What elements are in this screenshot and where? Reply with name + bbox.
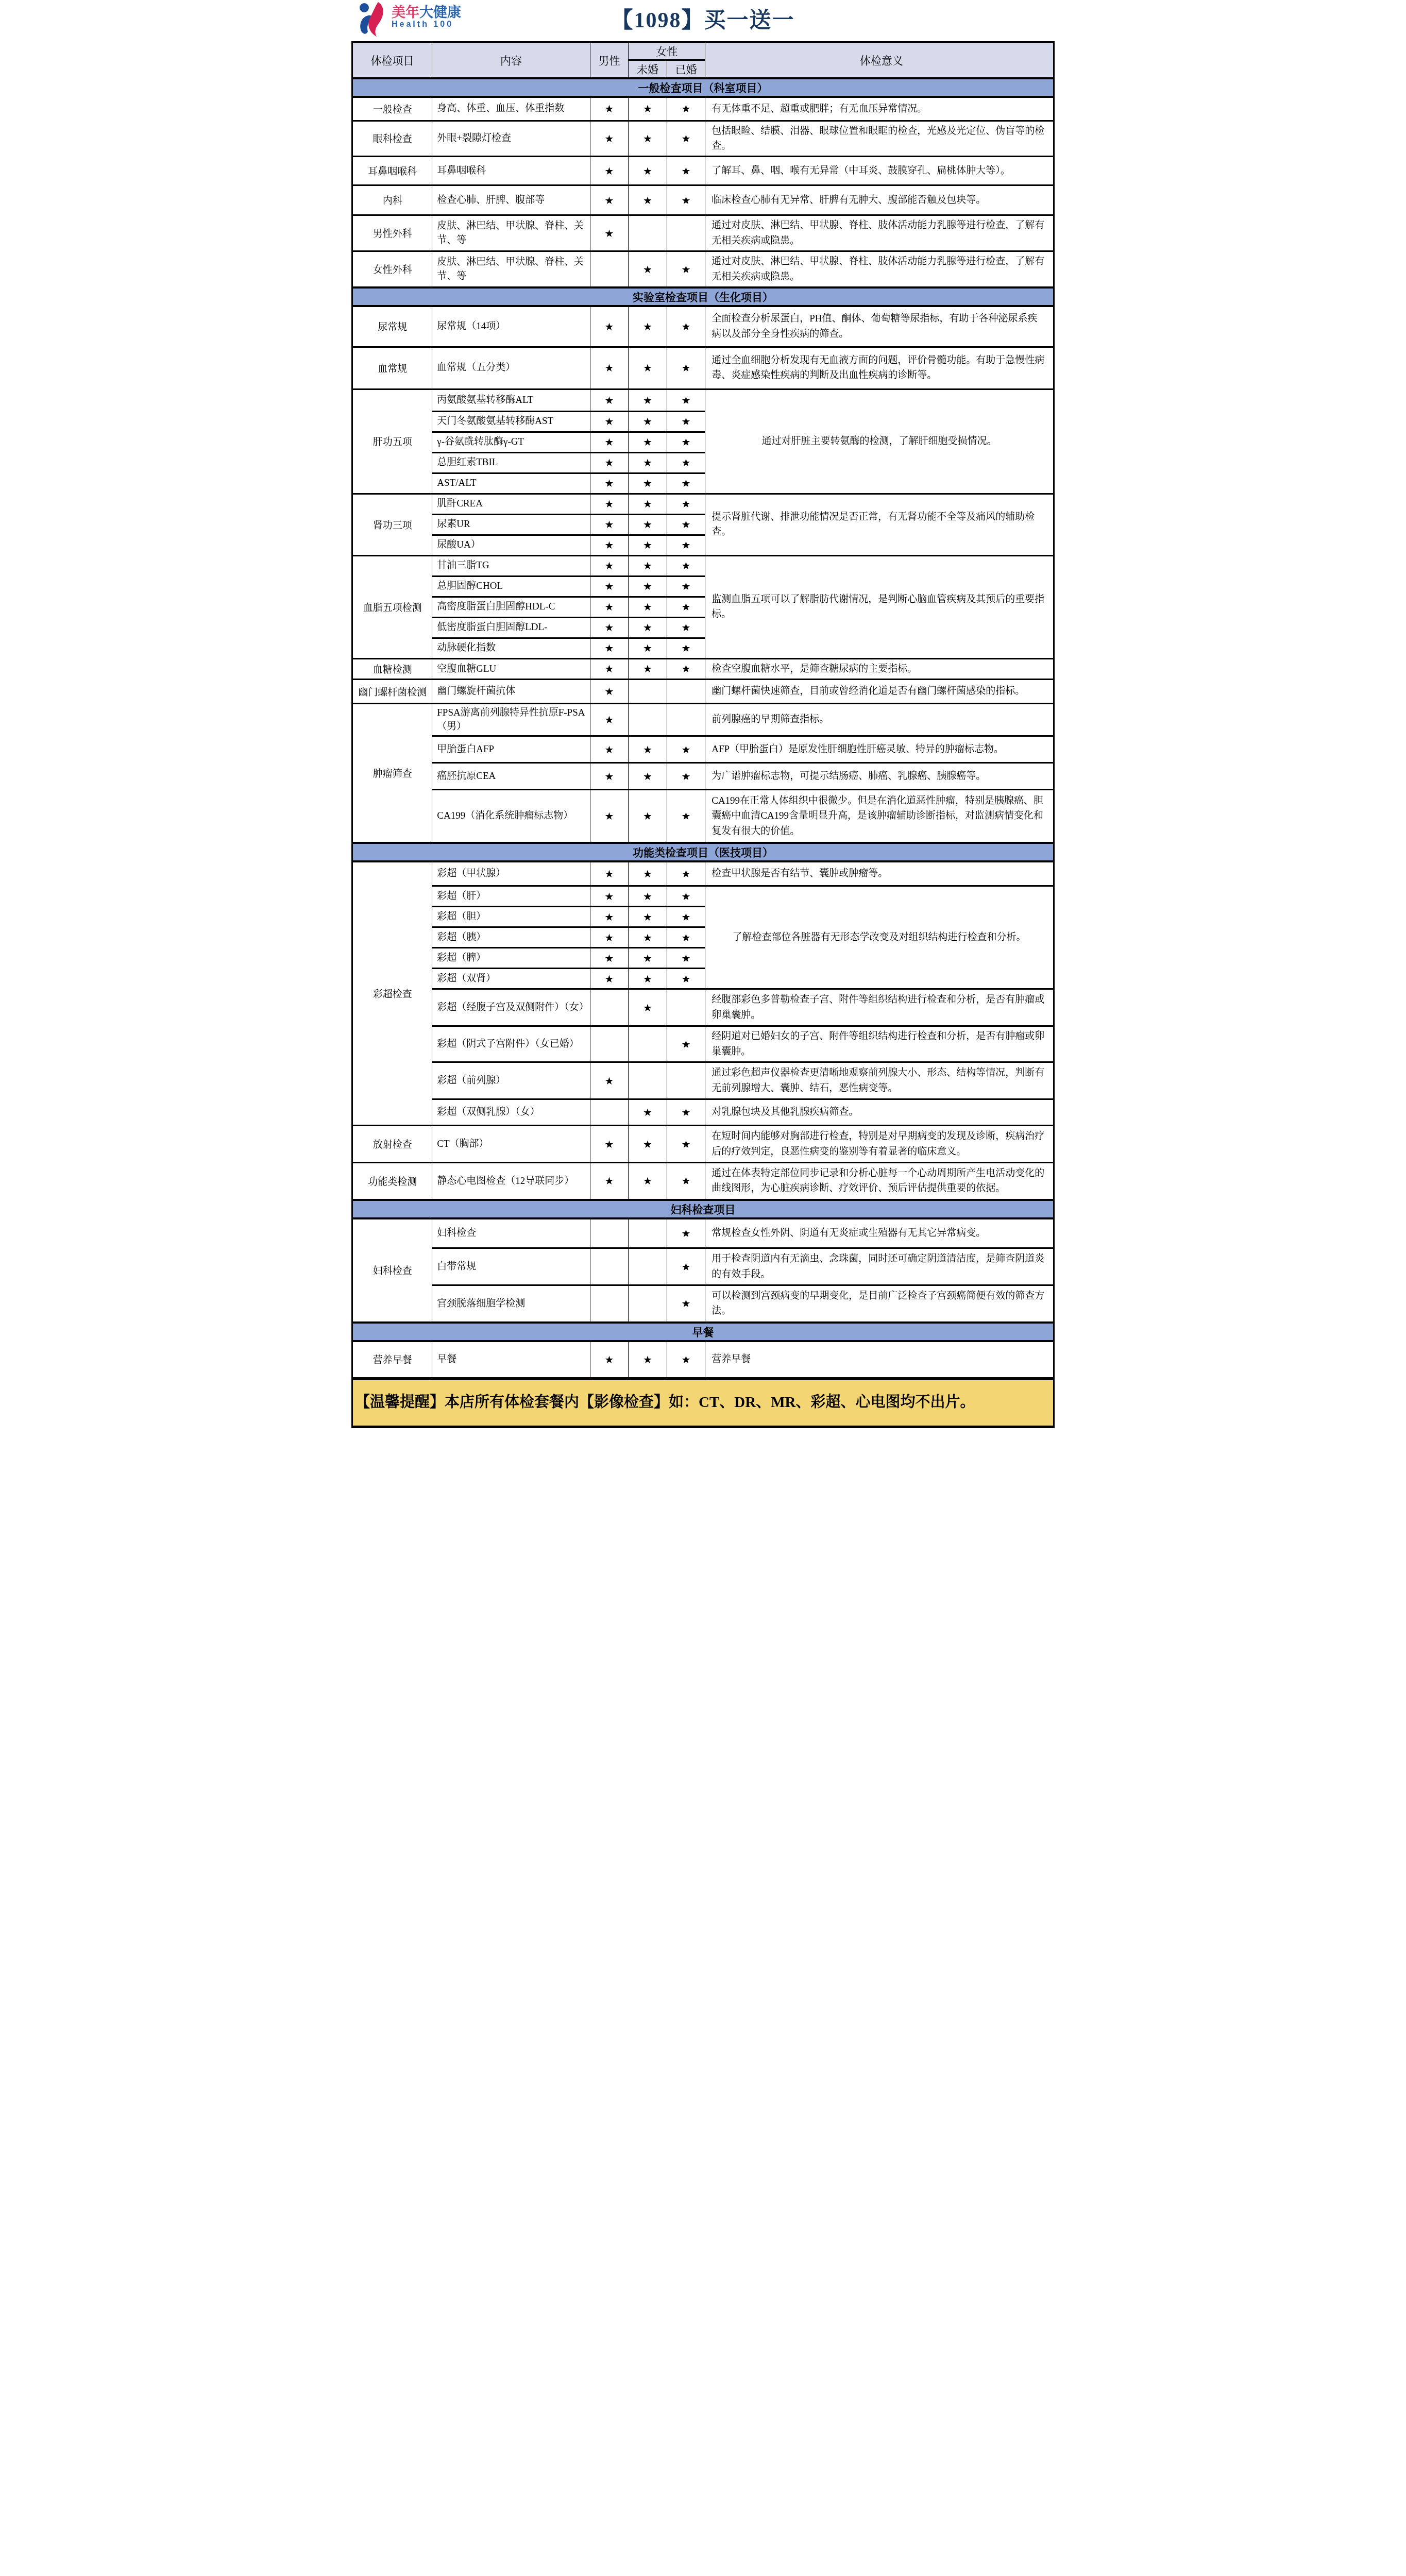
star-married: ★ (667, 597, 705, 617)
star-unmarried: ★ (629, 157, 667, 185)
star-married: ★ (667, 886, 705, 907)
star-married: ★ (667, 514, 705, 535)
star-married: ★ (667, 1341, 705, 1378)
star-unmarried: ★ (629, 535, 667, 555)
star-unmarried: ★ (629, 597, 667, 617)
table-row: 血常规 血常规（五分类） ★ ★ ★ 通过全血细胞分析发现有无血液方面的问题，评… (352, 347, 1054, 389)
category-cell: 肿瘤筛查 (352, 704, 432, 843)
star-male (590, 1099, 629, 1126)
star-male: ★ (590, 452, 629, 473)
title-bar: 美年大健康 Health 100 【1098】买一送一 (351, 0, 1055, 41)
table-row: 内科 检查心肺、肝脾、腹部等 ★ ★ ★ 临床检查心肺有无异常、肝脾有无肿大、腹… (352, 185, 1054, 215)
star-married: ★ (667, 473, 705, 494)
meaning-cell: 经腹部彩色多普勒检查子宫、附件等组织结构进行检查和分析，是否有肿瘤或卵巢囊肿。 (705, 989, 1054, 1026)
category-cell: 血常规 (352, 347, 432, 389)
star-married: ★ (667, 617, 705, 638)
category-cell: 放射检查 (352, 1126, 432, 1163)
star-male: ★ (590, 215, 629, 251)
item-cell: 彩超（前列腺） (432, 1062, 590, 1099)
star-married: ★ (667, 432, 705, 452)
meaning-cell: 营养早餐 (705, 1341, 1054, 1378)
item-cell: 彩超（肝） (432, 886, 590, 907)
star-male: ★ (590, 617, 629, 638)
section-band-functional: 功能类检查项目（医技项目） (352, 843, 1054, 861)
meaning-cell: 经阴道对已婚妇女的子宫、附件等组织结构进行检查和分析，是否有肿瘤或卵巢囊肿。 (705, 1026, 1054, 1062)
star-male (590, 1285, 629, 1323)
star-married: ★ (667, 1026, 705, 1062)
star-married: ★ (667, 763, 705, 790)
star-male: ★ (590, 411, 629, 432)
item-cell: 幽门螺旋杆菌抗体 (432, 680, 590, 704)
item-cell: 血常规（五分类） (432, 347, 590, 389)
star-unmarried: ★ (629, 514, 667, 535)
meaning-cell: 包括眼睑、结膜、泪器、眼球位置和眼眶的检查，光感及光定位、伪盲等的检查。 (705, 121, 1054, 157)
col-header-female: 女性 (629, 42, 705, 60)
star-married: ★ (667, 1163, 705, 1200)
star-male: ★ (590, 494, 629, 514)
item-cell: 白带常规 (432, 1248, 590, 1285)
star-unmarried: ★ (629, 494, 667, 514)
star-male: ★ (590, 680, 629, 704)
star-male (590, 1218, 629, 1248)
star-married: ★ (667, 658, 705, 679)
star-unmarried: ★ (629, 1126, 667, 1163)
star-married: ★ (667, 1099, 705, 1126)
category-cell: 妇科检查 (352, 1218, 432, 1323)
category-cell: 血脂五项检测 (352, 555, 432, 658)
col-header-male: 男性 (590, 42, 629, 79)
item-cell: 彩超（脾） (432, 948, 590, 969)
star-male (590, 251, 629, 287)
item-cell: 彩超（甲状腺） (432, 861, 590, 886)
table-row: 血脂五项检测 甘油三脂TG ★ ★ ★ 监测血脂五项可以了解脂肪代谢情况，是判断… (352, 555, 1054, 576)
star-unmarried: ★ (629, 452, 667, 473)
star-unmarried: ★ (629, 576, 667, 597)
star-male: ★ (590, 1062, 629, 1099)
table-row: 宫颈脱落细胞学检测 ★ 可以检测到宫颈病变的早期变化，是目前广泛检查子宫颈癌简便… (352, 1285, 1054, 1323)
item-cell: 皮肤、淋巴结、甲状腺、脊柱、关节、等 (432, 251, 590, 287)
item-cell: 动脉硬化指数 (432, 638, 590, 658)
item-cell: 总胆红素TBIL (432, 452, 590, 473)
star-male: ★ (590, 555, 629, 576)
star-male: ★ (590, 514, 629, 535)
meaning-cell: 通过全血细胞分析发现有无血液方面的问题，评价骨髓功能。有助于急慢性病毒、炎症感染… (705, 347, 1054, 389)
item-cell: 彩超（经腹子宫及双侧附件）（女） (432, 989, 590, 1026)
star-married: ★ (667, 97, 705, 121)
star-unmarried: ★ (629, 473, 667, 494)
star-unmarried: ★ (629, 251, 667, 287)
item-cell: 天门冬氨酸氨基转移酶AST (432, 411, 590, 432)
star-married: ★ (667, 1218, 705, 1248)
table-row: 甲胎蛋白AFP ★ ★ ★ AFP（甲胎蛋白）是原发性肝细胞性肝癌灵敏、特异的肿… (352, 736, 1054, 763)
star-unmarried: ★ (629, 555, 667, 576)
star-unmarried: ★ (629, 907, 667, 927)
star-male: ★ (590, 473, 629, 494)
meaning-cell: 了解检查部位各脏器有无形态学改变及对组织结构进行检查和分析。 (705, 886, 1054, 989)
table-row: 耳鼻咽喉科 耳鼻咽喉科 ★ ★ ★ 了解耳、鼻、咽、喉有无异常（中耳炎、鼓膜穿孔… (352, 157, 1054, 185)
star-unmarried (629, 1248, 667, 1285)
brand-name-cn: 美年大健康 (392, 5, 461, 20)
star-male: ★ (590, 861, 629, 886)
section-band-label: 功能类检查项目（医技项目） (352, 843, 1054, 861)
star-unmarried: ★ (629, 763, 667, 790)
col-header-meaning: 体检意义 (705, 42, 1054, 79)
star-male: ★ (590, 969, 629, 989)
star-married: ★ (667, 927, 705, 948)
star-unmarried: ★ (629, 411, 667, 432)
table-row: 眼科检查 外眼+裂隙灯检查 ★ ★ ★ 包括眼睑、结膜、泪器、眼球位置和眼眶的检… (352, 121, 1054, 157)
star-unmarried (629, 680, 667, 704)
section-band-breakfast: 早餐 (352, 1323, 1054, 1341)
category-cell: 女性外科 (352, 251, 432, 287)
star-male: ★ (590, 638, 629, 658)
star-unmarried: ★ (629, 347, 667, 389)
item-cell: 高密度脂蛋白胆固醇HDL-C (432, 597, 590, 617)
meaning-cell: 有无体重不足、超重或肥胖；有无血压异常情况。 (705, 97, 1054, 121)
star-married: ★ (667, 411, 705, 432)
star-male: ★ (590, 948, 629, 969)
star-unmarried: ★ (629, 736, 667, 763)
meaning-cell: 可以检测到宫颈病变的早期变化，是目前广泛检查子宫颈癌简便有效的筛查方法。 (705, 1285, 1054, 1323)
item-cell: 彩超（胰） (432, 927, 590, 948)
star-married: ★ (667, 1285, 705, 1323)
star-male: ★ (590, 927, 629, 948)
table-row: 功能类检测 静态心电图检查（12导联同步） ★ ★ ★ 通过在体表特定部位同步记… (352, 1163, 1054, 1200)
item-cell: 宫颈脱落细胞学检测 (432, 1285, 590, 1323)
star-married: ★ (667, 306, 705, 347)
star-male: ★ (590, 704, 629, 736)
star-married: ★ (667, 555, 705, 576)
star-unmarried: ★ (629, 1341, 667, 1378)
item-cell: 丙氨酸氨基转移酶ALT (432, 389, 590, 411)
star-unmarried: ★ (629, 861, 667, 886)
star-male: ★ (590, 1163, 629, 1200)
star-male (590, 1248, 629, 1285)
category-cell: 耳鼻咽喉科 (352, 157, 432, 185)
table-row: 白带常规 ★ 用于检查阴道内有无滴虫、念珠菌，同时还可确定阴道清洁度，是筛查阴道… (352, 1248, 1054, 1285)
star-unmarried (629, 1285, 667, 1323)
item-cell: 甘油三脂TG (432, 555, 590, 576)
star-married: ★ (667, 452, 705, 473)
meaning-cell: 临床检查心肺有无异常、肝脾有无肿大、腹部能否触及包块等。 (705, 185, 1054, 215)
star-unmarried (629, 1026, 667, 1062)
star-male: ★ (590, 185, 629, 215)
table-row: 一般检查 身高、体重、血压、体重指数 ★ ★ ★ 有无体重不足、超重或肥胖；有无… (352, 97, 1054, 121)
item-cell: 妇科检查 (432, 1218, 590, 1248)
star-male: ★ (590, 432, 629, 452)
brand-name-cn-part1: 美年 (392, 5, 419, 20)
table-row: 血糖检测 空腹血糖GLU ★ ★ ★ 检查空腹血糖水平，是筛查糖尿病的主要指标。 (352, 658, 1054, 679)
section-band-gyn: 妇科检查项目 (352, 1200, 1054, 1218)
star-unmarried: ★ (629, 1099, 667, 1126)
table-row: 彩超（双侧乳腺）（女） ★ ★ 对乳腺包块及其他乳腺疾病筛查。 (352, 1099, 1054, 1126)
category-cell: 尿常规 (352, 306, 432, 347)
table-row: 彩超（肝） ★ ★ ★ 了解检查部位各脏器有无形态学改变及对组织结构进行检查和分… (352, 886, 1054, 907)
star-unmarried: ★ (629, 638, 667, 658)
star-male: ★ (590, 1341, 629, 1378)
star-male: ★ (590, 790, 629, 843)
meaning-cell: 对乳腺包块及其他乳腺疾病筛查。 (705, 1099, 1054, 1126)
star-unmarried: ★ (629, 1163, 667, 1200)
col-header-married: 已婚 (667, 60, 705, 79)
meaning-cell: 了解耳、鼻、咽、喉有无异常（中耳炎、鼓膜穿孔、扁桃体肿大等）。 (705, 157, 1054, 185)
meaning-cell: 常规检查女性外阴、阴道有无炎症或生殖器有无其它异常病变。 (705, 1218, 1054, 1248)
star-unmarried (629, 704, 667, 736)
section-band-label: 早餐 (352, 1323, 1054, 1341)
table-row: 彩超检查 彩超（甲状腺） ★ ★ ★ 检查甲状腺是否有结节、囊肿或肿瘤等。 (352, 861, 1054, 886)
item-cell: γ-谷氨酰转肽酶γ-GT (432, 432, 590, 452)
meaning-cell: 幽门螺杆菌快速筛查，目前或曾经消化道是否有幽门螺杆菌感染的指标。 (705, 680, 1054, 704)
section-band-label: 妇科检查项目 (352, 1200, 1054, 1218)
table-row: 男性外科 皮肤、淋巴结、甲状腺、脊柱、关节、等 ★ 通过对皮肤、淋巴结、甲状腺、… (352, 215, 1054, 251)
col-header-content: 内容 (432, 42, 590, 79)
category-cell: 肾功三项 (352, 494, 432, 555)
item-cell: 彩超（双肾） (432, 969, 590, 989)
brand-text: 美年大健康 Health 100 (392, 2, 461, 29)
meaning-cell: 全面检查分析尿蛋白，PH值、酮体、葡萄糖等尿指标，有助于各种泌尿系疾病以及部分全… (705, 306, 1054, 347)
meinian-logo: 美年大健康 Health 100 (355, 2, 461, 38)
section-band-label: 一般检查项目（科室项目） (352, 78, 1054, 97)
item-cell: 耳鼻咽喉科 (432, 157, 590, 185)
category-cell: 男性外科 (352, 215, 432, 251)
brand-name-en: Health 100 (392, 21, 461, 29)
item-cell: 身高、体重、血压、体重指数 (432, 97, 590, 121)
table-row: 尿常规 尿常规（14项） ★ ★ ★ 全面检查分析尿蛋白，PH值、酮体、葡萄糖等… (352, 306, 1054, 347)
category-cell: 血糖检测 (352, 658, 432, 679)
table-row: 妇科检查 妇科检查 ★ 常规检查女性外阴、阴道有无炎症或生殖器有无其它异常病变。 (352, 1218, 1054, 1248)
star-male: ★ (590, 157, 629, 185)
star-married: ★ (667, 969, 705, 989)
star-married (667, 989, 705, 1026)
table-header-row-1: 体检项目 内容 男性 女性 体检意义 (352, 42, 1054, 60)
category-cell: 眼科检查 (352, 121, 432, 157)
star-male: ★ (590, 97, 629, 121)
item-cell: 尿酸UA） (432, 535, 590, 555)
meaning-cell: 在短时间内能够对胸部进行检查，特别是对早期病变的发现及诊断，疾病治疗后的疗效判定… (705, 1126, 1054, 1163)
star-unmarried: ★ (629, 989, 667, 1026)
item-cell: 外眼+裂隙灯检查 (432, 121, 590, 157)
star-male: ★ (590, 1126, 629, 1163)
meaning-cell: AFP（甲胎蛋白）是原发性肝细胞性肝癌灵敏、特异的肿瘤标志物。 (705, 736, 1054, 763)
table-row: 肝功五项 丙氨酸氨基转移酶ALT ★ ★ ★ 通过对肝脏主要转氨酶的检测，了解肝… (352, 389, 1054, 411)
meaning-cell: 为广谱肿瘤标志物，可提示结肠癌、肺癌、乳腺癌、胰腺癌等。 (705, 763, 1054, 790)
star-unmarried: ★ (629, 790, 667, 843)
table-row: 女性外科 皮肤、淋巴结、甲状腺、脊柱、关节、等 ★ ★ 通过对皮肤、淋巴结、甲状… (352, 251, 1054, 287)
category-cell: 彩超检查 (352, 861, 432, 1126)
item-cell: AST/ALT (432, 473, 590, 494)
item-cell: 空腹血糖GLU (432, 658, 590, 679)
meaning-cell: 通过对肝脏主要转氨酶的检测，了解肝细胞受损情况。 (705, 389, 1054, 494)
item-cell: 总胆固醇CHOL (432, 576, 590, 597)
item-cell: 彩超（双侧乳腺）（女） (432, 1099, 590, 1126)
star-married: ★ (667, 389, 705, 411)
table-row: 彩超（经腹子宫及双侧附件）（女） ★ 经腹部彩色多普勒检查子宫、附件等组织结构进… (352, 989, 1054, 1026)
star-married: ★ (667, 347, 705, 389)
star-unmarried (629, 215, 667, 251)
meaning-cell: 检查甲状腺是否有结节、囊肿或肿瘤等。 (705, 861, 1054, 886)
star-male: ★ (590, 576, 629, 597)
star-male: ★ (590, 389, 629, 411)
star-male: ★ (590, 763, 629, 790)
star-married: ★ (667, 948, 705, 969)
item-cell: 低密度脂蛋白胆固醇LDL- (432, 617, 590, 638)
category-cell: 内科 (352, 185, 432, 215)
item-cell: 彩超（阴式子宫附件）（女已婚） (432, 1026, 590, 1062)
star-unmarried: ★ (629, 886, 667, 907)
star-male: ★ (590, 535, 629, 555)
star-male: ★ (590, 597, 629, 617)
category-cell: 一般检查 (352, 97, 432, 121)
meaning-cell: 通过在体表特定部位同步记录和分析心脏每一个心动周期所产生电活动变化的曲线图形，为… (705, 1163, 1054, 1200)
table-row: 肾功三项 肌酐CREA ★ ★ ★ 提示肾脏代谢、排泄功能情况是否正常，有无肾功… (352, 494, 1054, 514)
meaning-cell: CA199在正常人体组织中很微少。但是在消化道恶性肿瘤，特别是胰腺癌、胆囊癌中血… (705, 790, 1054, 843)
star-male: ★ (590, 886, 629, 907)
star-married (667, 680, 705, 704)
item-cell: 检查心肺、肝脾、腹部等 (432, 185, 590, 215)
star-married: ★ (667, 861, 705, 886)
section-band-lab: 实验室检查项目（生化项目） (352, 287, 1054, 306)
checkup-package-sheet: 美年大健康 Health 100 【1098】买一送一 体检项目 内容 男性 女… (351, 0, 1055, 1428)
star-male: ★ (590, 907, 629, 927)
meaning-cell: 检查空腹血糖水平，是筛查糖尿病的主要指标。 (705, 658, 1054, 679)
item-cell: 尿常规（14项） (432, 306, 590, 347)
star-married: ★ (667, 1248, 705, 1285)
star-unmarried: ★ (629, 432, 667, 452)
item-cell: 静态心电图检查（12导联同步） (432, 1163, 590, 1200)
notice-text: 【温馨提醒】本店所有体检套餐内【影像检查】如：CT、DR、MR、彩超、心电图均不… (355, 1393, 975, 1413)
item-cell: 癌胚抗原CEA (432, 763, 590, 790)
star-unmarried: ★ (629, 185, 667, 215)
star-married: ★ (667, 121, 705, 157)
col-header-unmarried: 未婚 (629, 60, 667, 79)
star-married: ★ (667, 535, 705, 555)
checkup-table: 体检项目 内容 男性 女性 体检意义 未婚 已婚 一般检查项目（科室项目） 一般… (351, 41, 1055, 1379)
meaning-cell: 用于检查阴道内有无滴虫、念珠菌，同时还可确定阴道清洁度，是筛查阴道炎的有效手段。 (705, 1248, 1054, 1285)
star-unmarried: ★ (629, 969, 667, 989)
table-row: 癌胚抗原CEA ★ ★ ★ 为广谱肿瘤标志物，可提示结肠癌、肺癌、乳腺癌、胰腺癌… (352, 763, 1054, 790)
star-married: ★ (667, 576, 705, 597)
item-cell: FPSA游离前列腺特异性抗原F-PSA（男） (432, 704, 590, 736)
star-married: ★ (667, 494, 705, 514)
star-unmarried: ★ (629, 121, 667, 157)
star-married: ★ (667, 185, 705, 215)
meaning-cell: 通过彩色超声仪器检查更清晰地观察前列腺大小、形态、结构等情况，判断有无前列腺增大… (705, 1062, 1054, 1099)
meinian-logo-icon (355, 2, 388, 38)
star-unmarried: ★ (629, 658, 667, 679)
star-unmarried: ★ (629, 306, 667, 347)
item-cell: 早餐 (432, 1341, 590, 1378)
star-married: ★ (667, 736, 705, 763)
item-cell: 彩超（胆） (432, 907, 590, 927)
star-unmarried: ★ (629, 927, 667, 948)
star-unmarried (629, 1062, 667, 1099)
star-married: ★ (667, 251, 705, 287)
table-row: 幽门螺杆菌检测 幽门螺旋杆菌抗体 ★ 幽门螺杆菌快速筛查，目前或曾经消化道是否有… (352, 680, 1054, 704)
star-married (667, 215, 705, 251)
meaning-cell: 提示肾脏代谢、排泄功能情况是否正常，有无肾功能不全等及痛风的辅助检查。 (705, 494, 1054, 555)
meaning-cell: 监测血脂五项可以了解脂肪代谢情况，是判断心脑血管疾病及其预后的重要指标。 (705, 555, 1054, 658)
item-cell: 尿素UR (432, 514, 590, 535)
item-cell: 肌酐CREA (432, 494, 590, 514)
table-row: 营养早餐 早餐 ★ ★ ★ 营养早餐 (352, 1341, 1054, 1378)
item-cell: CA199（消化系统肿瘤标志物） (432, 790, 590, 843)
col-header-item: 体检项目 (352, 42, 432, 79)
star-married (667, 704, 705, 736)
star-unmarried: ★ (629, 617, 667, 638)
category-cell: 功能类检测 (352, 1163, 432, 1200)
item-cell: 皮肤、淋巴结、甲状腺、脊柱、关节、等 (432, 215, 590, 251)
star-male: ★ (590, 306, 629, 347)
meaning-cell: 前列腺癌的早期筛查指标。 (705, 704, 1054, 736)
meaning-cell: 通过对皮肤、淋巴结、甲状腺、脊柱、肢体活动能力乳腺等进行检查，了解有无相关疾病或… (705, 251, 1054, 287)
item-cell: 甲胎蛋白AFP (432, 736, 590, 763)
star-married: ★ (667, 907, 705, 927)
star-male: ★ (590, 658, 629, 679)
category-cell: 营养早餐 (352, 1341, 432, 1378)
table-row: 肿瘤筛查 FPSA游离前列腺特异性抗原F-PSA（男） ★ 前列腺癌的早期筛查指… (352, 704, 1054, 736)
table-row: 彩超（前列腺） ★ 通过彩色超声仪器检查更清晰地观察前列腺大小、形态、结构等情况… (352, 1062, 1054, 1099)
star-male: ★ (590, 347, 629, 389)
item-cell: CT（胸部） (432, 1126, 590, 1163)
category-cell: 肝功五项 (352, 389, 432, 494)
star-male (590, 989, 629, 1026)
star-male (590, 1026, 629, 1062)
star-male: ★ (590, 121, 629, 157)
table-row: CA199（消化系统肿瘤标志物） ★ ★ ★ CA199在正常人体组织中很微少。… (352, 790, 1054, 843)
star-married: ★ (667, 790, 705, 843)
category-cell: 幽门螺杆菌检测 (352, 680, 432, 704)
star-married: ★ (667, 157, 705, 185)
star-male: ★ (590, 736, 629, 763)
star-unmarried: ★ (629, 948, 667, 969)
table-row: 放射检查 CT（胸部） ★ ★ ★ 在短时间内能够对胸部进行检查，特别是对早期病… (352, 1126, 1054, 1163)
star-unmarried (629, 1218, 667, 1248)
star-unmarried: ★ (629, 97, 667, 121)
meaning-cell: 通过对皮肤、淋巴结、甲状腺、脊柱、肢体活动能力乳腺等进行检查，了解有无相关疾病或… (705, 215, 1054, 251)
table-row: 彩超（阴式子宫附件）（女已婚） ★ 经阴道对已婚妇女的子宫、附件等组织结构进行检… (352, 1026, 1054, 1062)
brand-name-cn-part2: 大健康 (419, 5, 461, 20)
star-married: ★ (667, 1126, 705, 1163)
notice-bar: 【温馨提醒】本店所有体检套餐内【影像检查】如：CT、DR、MR、彩超、心电图均不… (351, 1379, 1055, 1428)
section-band-general: 一般检查项目（科室项目） (352, 78, 1054, 97)
star-married: ★ (667, 638, 705, 658)
star-married (667, 1062, 705, 1099)
star-unmarried: ★ (629, 389, 667, 411)
section-band-label: 实验室检查项目（生化项目） (352, 287, 1054, 306)
